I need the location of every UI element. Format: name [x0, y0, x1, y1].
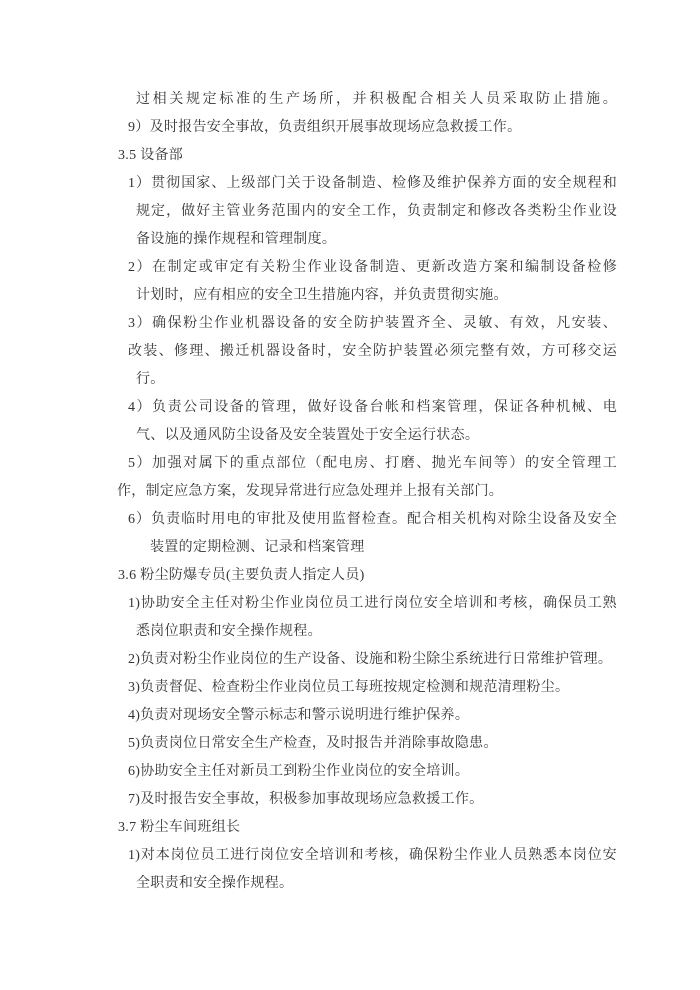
- text-line: 1)协助安全主任对粉尘作业岗位员工进行岗位安全培训和考核，确保员工熟: [128, 590, 617, 618]
- text-line: 2)负责对粉尘作业岗位的生产设备、设施和粉尘除尘系统进行日常维护管理。: [128, 646, 700, 674]
- text-line: 5）加强对属下的重点部位（配电房、打磨、抛光车间等）的安全管理工: [128, 450, 617, 478]
- text-line: 计划时，应有相应的安全卫生措施内容，并负责贯彻实施。: [136, 282, 700, 310]
- text-line: 3)负责督促、检查粉尘作业岗位员工每班按规定检测和规范清理粉尘。: [128, 674, 700, 702]
- text-line: 3.6 粉尘防爆专员(主要负责人指定人员): [118, 562, 700, 590]
- text-line: 6）负责临时用电的审批及使用监督检查。配合相关机构对除尘设备及安全: [128, 506, 617, 534]
- document-page: 过相关规定标准的生产场所，并积极配合相关人员采取防止措施。9）及时报告安全事故，…: [0, 0, 700, 990]
- text-line: 3）确保粉尘作业机器设备的安全防护装置齐全、灵敏、有效，凡安装、: [128, 310, 617, 338]
- text-line: 3.7 粉尘车间班组长: [118, 814, 700, 842]
- text-line: 全职责和安全操作规程。: [136, 870, 700, 898]
- text-line: 1)对本岗位员工进行岗位安全培训和考核，确保粉尘作业人员熟悉本岗位安: [128, 842, 617, 870]
- text-line: 6)协助安全主任对新员工到粉尘作业岗位的安全培训。: [128, 758, 700, 786]
- text-line: 装置的定期检测、记录和档案管理: [150, 534, 700, 562]
- text-line: 5)负责岗位日常安全生产检查，及时报告并消除事故隐患。: [128, 730, 700, 758]
- text-line: 2）在制定或审定有关粉尘作业设备制造、更新改造方案和编制设备检修: [128, 254, 617, 282]
- text-line: 过相关规定标准的生产场所，并积极配合相关人员采取防止措施。: [136, 86, 617, 114]
- text-line: 行。: [136, 366, 700, 394]
- text-line: 备设施的操作规程和管理制度。: [136, 226, 700, 254]
- text-line: 4)负责对现场安全警示标志和警示说明进行维护保养。: [128, 702, 700, 730]
- text-line: 9）及时报告安全事故，负责组织开展事故现场应急救援工作。: [128, 114, 700, 142]
- text-line: 改装、修理、搬迁机器设备时，安全防护装置必须完整有效，方可移交运: [128, 338, 617, 366]
- text-line: 气、以及通风防尘设备及安全装置处于安全运行状态。: [136, 422, 700, 450]
- text-line: 3.5 设备部: [118, 142, 700, 170]
- text-line: 7)及时报告安全事故，积极参加事故现场应急救援工作。: [128, 786, 700, 814]
- text-line: 1）贯彻国家、上级部门关于设备制造、检修及维护保养方面的安全规程和: [128, 170, 617, 198]
- text-line: 作，制定应急方案，发现异常进行应急处理并上报有关部门。: [117, 478, 700, 506]
- text-line: 4）负责公司设备的管理，做好设备台帐和档案管理，保证各种机械、电: [128, 394, 617, 422]
- text-line: 规定，做好主管业务范围内的安全工作，负责制定和修改各类粉尘作业设: [136, 198, 617, 226]
- text-line: 悉岗位职责和安全操作规程。: [136, 618, 700, 646]
